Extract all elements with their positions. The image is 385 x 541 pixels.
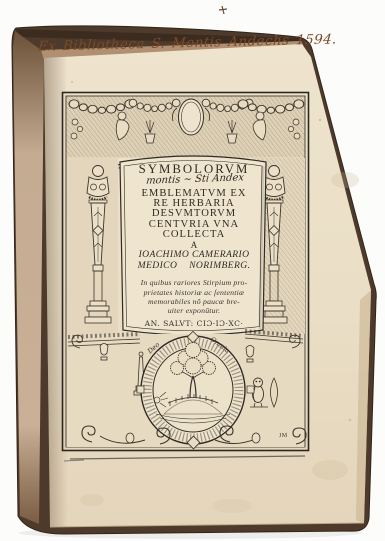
subtitle-line: prietates historiæ ac ſententiæ — [118, 288, 270, 297]
subtitle-line: uiter exponūtur. — [118, 306, 270, 315]
title-text-block: SYMBOLORVM EMBLEMATVM EX RE HERBARIA DES… — [118, 163, 270, 328]
author-line: MEDICO NORIMBERG. — [118, 261, 270, 272]
engraver-monogram: JM — [279, 433, 288, 439]
book-photo: Ex Bibliotheca S. Montis Andechs 1594. S… — [0, 0, 385, 541]
bottom-ornament-zone — [67, 331, 307, 449]
subtitle-line: In quibus rariores Stirpium pro- — [118, 278, 270, 287]
title-line: COLLECTA — [118, 230, 270, 240]
subtitle-line: memorabiles nõ paucæ bre- — [118, 297, 270, 306]
date-line: AN. SALVT: CIƆ·IƆ·XC· — [118, 319, 270, 328]
